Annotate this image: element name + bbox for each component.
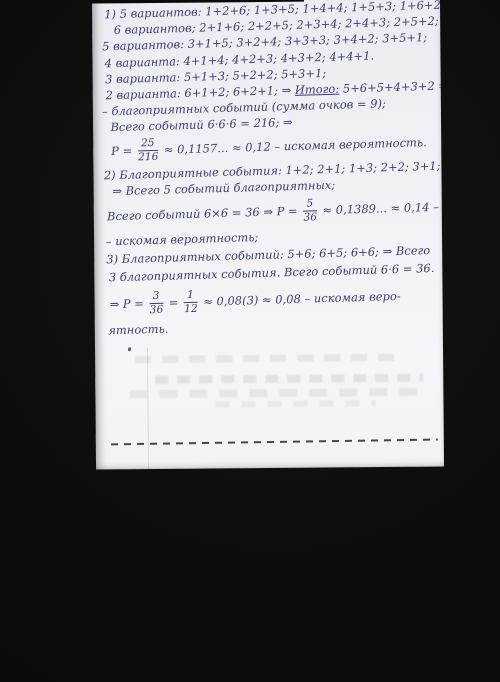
text-segment: ≈ 0,08(3) ≈ 0,08 – искомая веро- xyxy=(199,288,400,308)
scanner-background: 1) 5 вариантов: 1+2+6; 1+3+5; 1+4+4; 1+5… xyxy=(0,0,500,682)
fraction: 25216 xyxy=(137,137,158,163)
ink-bleed-through xyxy=(135,354,395,363)
text-segment: Всего событий 6×6 = 36 ⇒ P = xyxy=(107,203,302,223)
text-segment: ≈ 0,1389... ≈ 0,14 – xyxy=(319,199,439,216)
text-segment: = xyxy=(165,295,182,309)
underlined-text: Итого: xyxy=(295,82,340,97)
handwritten-solution-text: 1) 5 вариантов: 1+2+6; 1+3+5; 1+4+4; 1+5… xyxy=(99,0,444,338)
notebook-page: 1) 5 вариантов: 1+2+6; 1+3+5; 1+4+4; 1+5… xyxy=(92,0,444,470)
ink-bleed-through xyxy=(215,400,375,407)
fraction: 336 xyxy=(149,290,163,316)
text-segment: ⇒ P = xyxy=(109,296,147,311)
text-segment: – искомая вероятность; xyxy=(106,229,259,247)
ink-bleed-through xyxy=(155,374,423,384)
ink-bleed-through xyxy=(129,388,419,399)
text-segment: P = xyxy=(111,143,136,158)
text-segment: 5+6+5+4+3+2 = 25; xyxy=(339,78,444,96)
fraction: 536 xyxy=(303,198,317,224)
fraction: 112 xyxy=(184,289,198,315)
dashed-separator-line xyxy=(111,439,438,446)
paper-crease xyxy=(147,348,149,469)
text-segment: ≈ 0,1157... ≈ 0,12 – искомая вероятность… xyxy=(160,135,427,157)
pen-dot xyxy=(128,347,132,352)
text-segment: ятность. xyxy=(108,321,168,337)
